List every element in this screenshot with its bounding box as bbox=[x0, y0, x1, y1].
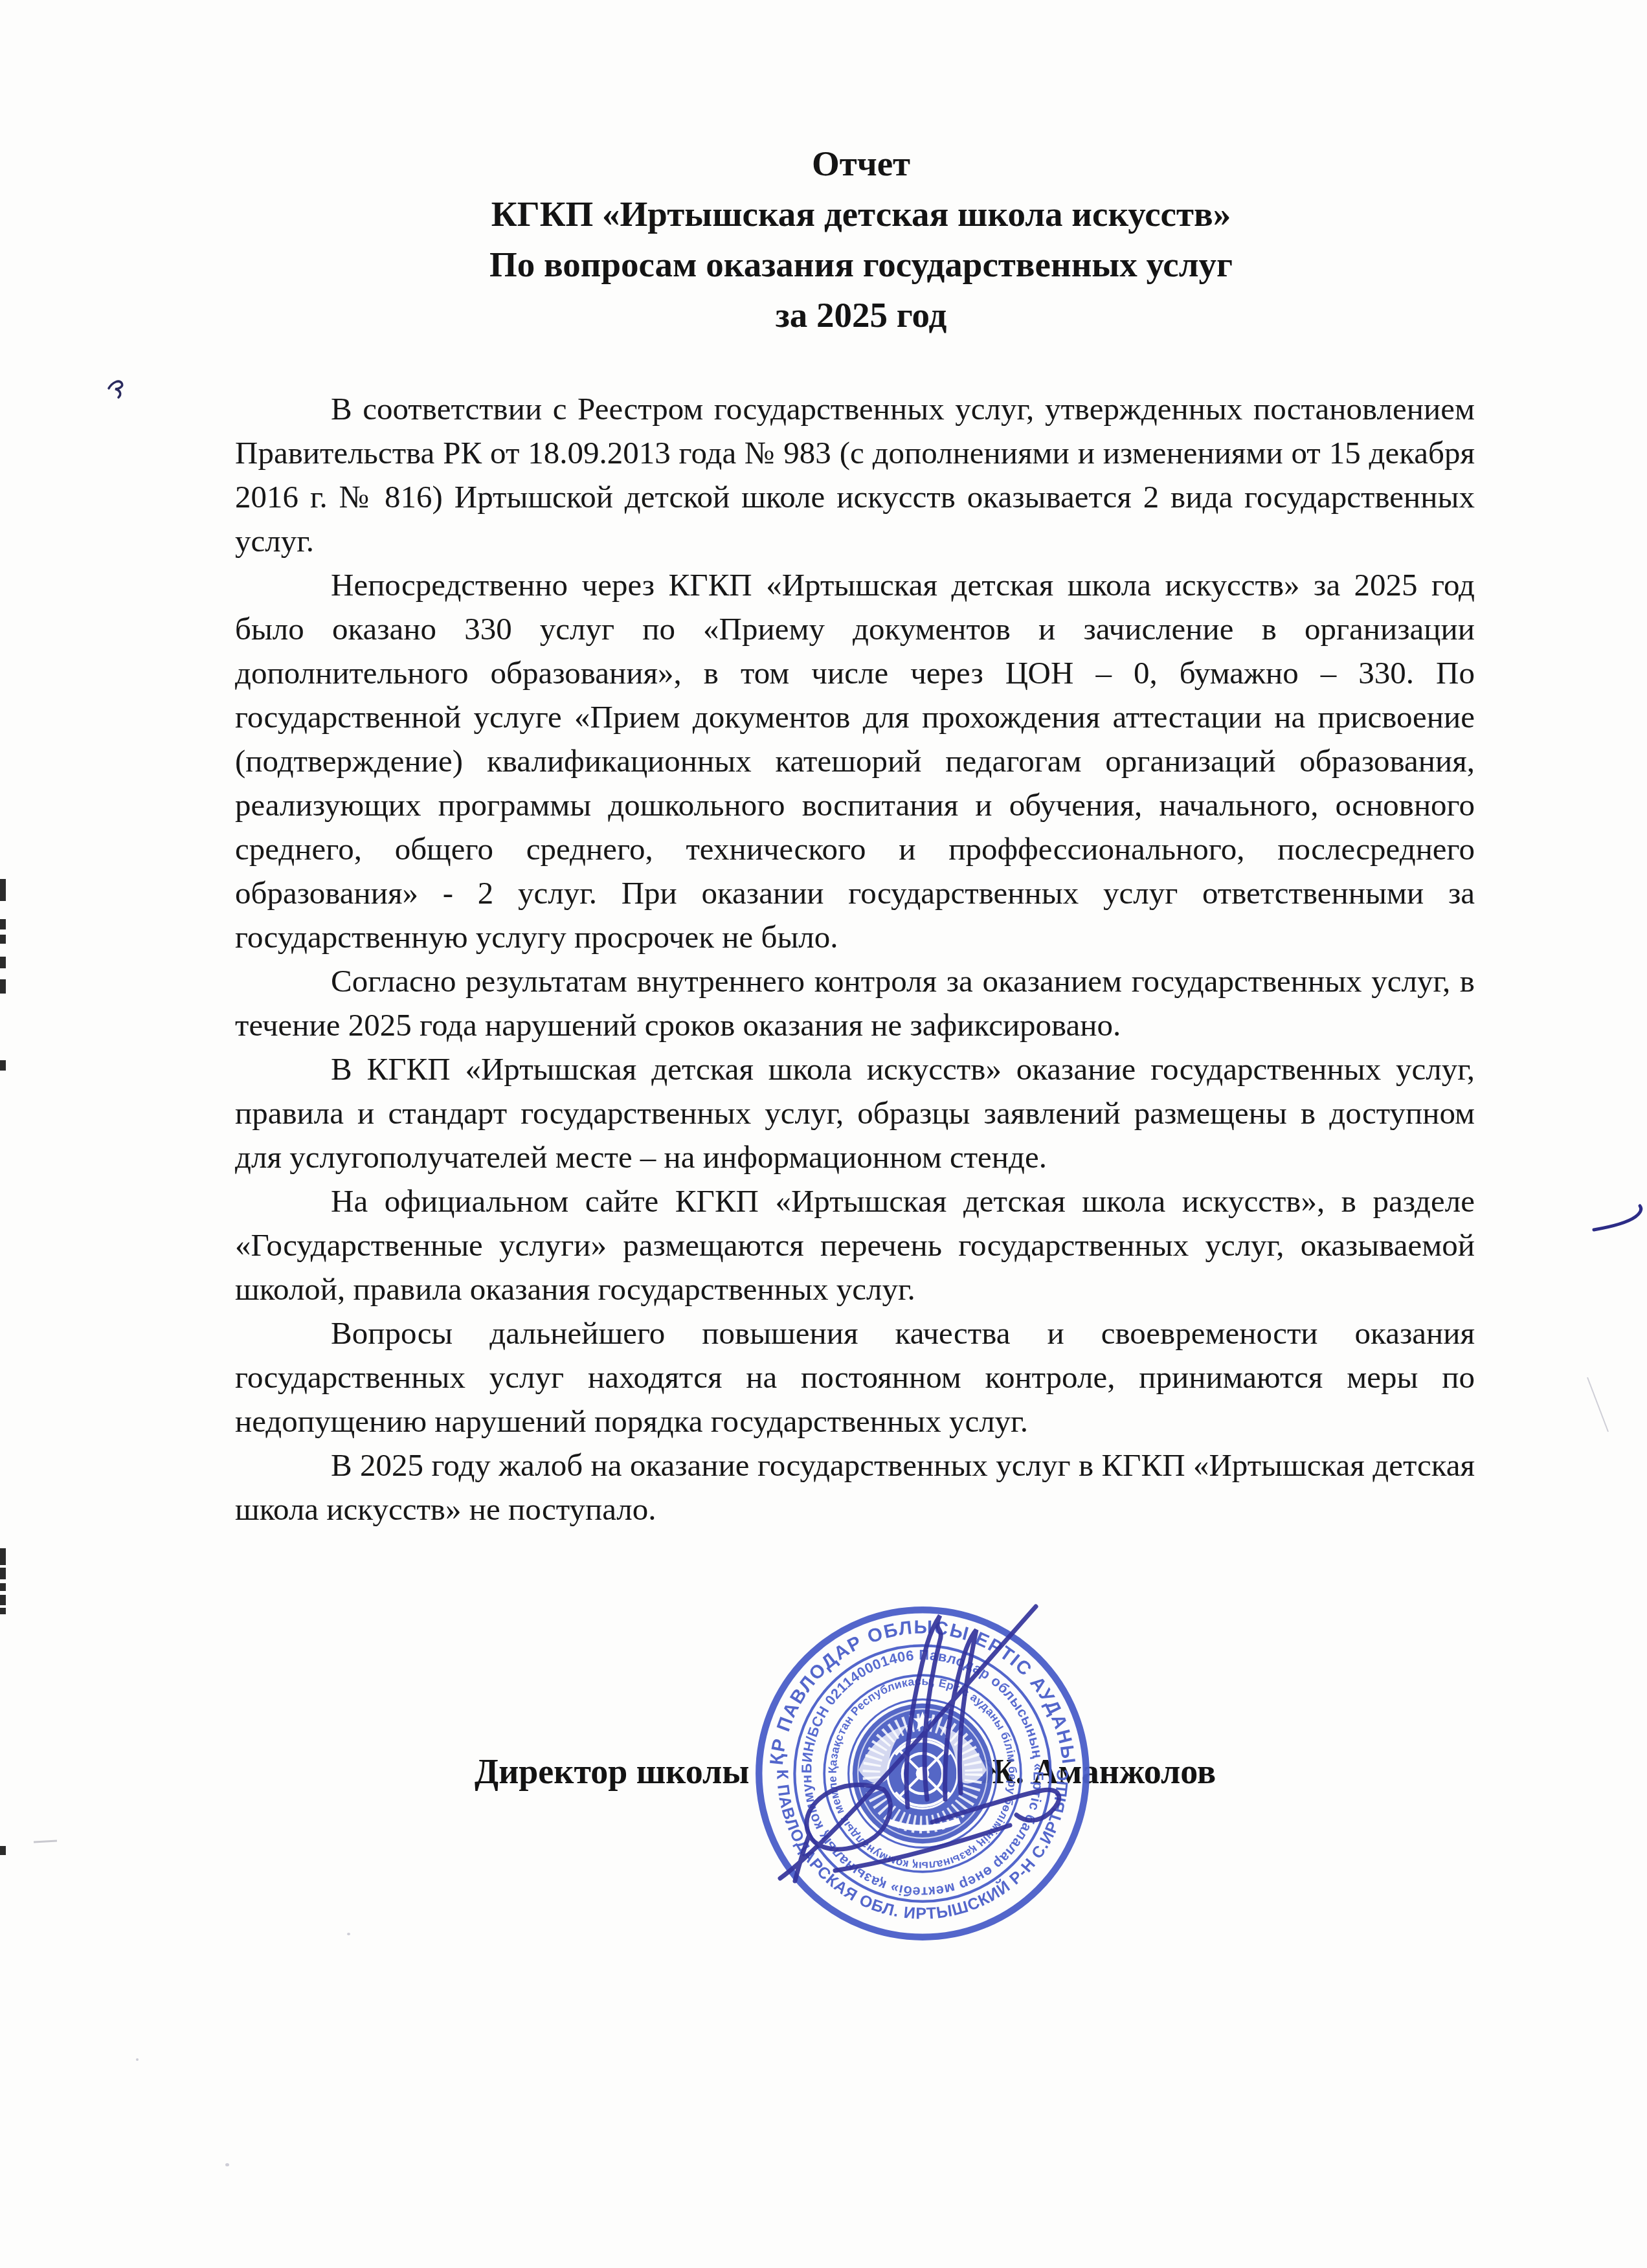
scan-artifact-tick bbox=[0, 1846, 6, 1855]
signer-role-label: Директор школы bbox=[475, 1751, 749, 1792]
scan-artifact-tick bbox=[0, 919, 6, 929]
scan-speck bbox=[136, 2058, 139, 2061]
faint-pencil-line bbox=[1587, 1377, 1608, 1432]
title-line-2: КГКП «Иртышская детская школа искусств» bbox=[259, 189, 1463, 239]
paragraph: На официальном сайте КГКП «Иртышская дет… bbox=[235, 1179, 1475, 1311]
scan-artifact-tick bbox=[0, 1568, 6, 1579]
scan-speck bbox=[347, 1933, 350, 1935]
paragraph: В КГКП «Иртышская детская школа искусств… bbox=[235, 1047, 1475, 1179]
scan-artifact-tick bbox=[0, 979, 6, 994]
title-line-3: По вопросам оказания государственных усл… bbox=[259, 239, 1463, 290]
paragraph: Непосредственно через КГКП «Иртышская де… bbox=[235, 563, 1475, 959]
title-line-4: за 2025 год bbox=[259, 290, 1463, 340]
ink-blot bbox=[109, 381, 122, 397]
title-line-1: Отчет bbox=[259, 139, 1463, 189]
handwritten-signature bbox=[738, 1566, 1101, 1916]
paragraph: Согласно результатам внутреннего контрол… bbox=[235, 959, 1475, 1047]
pen-mark-right-margin bbox=[1594, 1206, 1641, 1230]
report-body: В соответствии с Реестром государственны… bbox=[235, 387, 1475, 1531]
paragraph: В 2025 году жалоб на оказание государств… bbox=[235, 1443, 1475, 1531]
scanned-report-page: Отчет КГКП «Иртышская детская школа иску… bbox=[0, 0, 1647, 2268]
faint-dash bbox=[34, 1841, 57, 1842]
scan-artifact-tick bbox=[0, 1548, 6, 1565]
scan-artifact-tick bbox=[0, 879, 6, 901]
scan-artifact-tick bbox=[0, 1608, 6, 1614]
scan-artifact-tick bbox=[0, 935, 6, 944]
scan-artifact-tick bbox=[0, 1583, 6, 1591]
scan-artifact-tick bbox=[0, 1060, 6, 1071]
paragraph: В соответствии с Реестром государственны… bbox=[235, 387, 1475, 563]
scan-artifact-tick bbox=[0, 957, 6, 968]
report-title-block: Отчет КГКП «Иртышская детская школа иску… bbox=[259, 139, 1463, 340]
scan-artifact-tick bbox=[0, 1595, 6, 1605]
scan-speck bbox=[225, 2163, 229, 2166]
paragraph: Вопросы дальнейшего повышения качества и… bbox=[235, 1311, 1475, 1443]
